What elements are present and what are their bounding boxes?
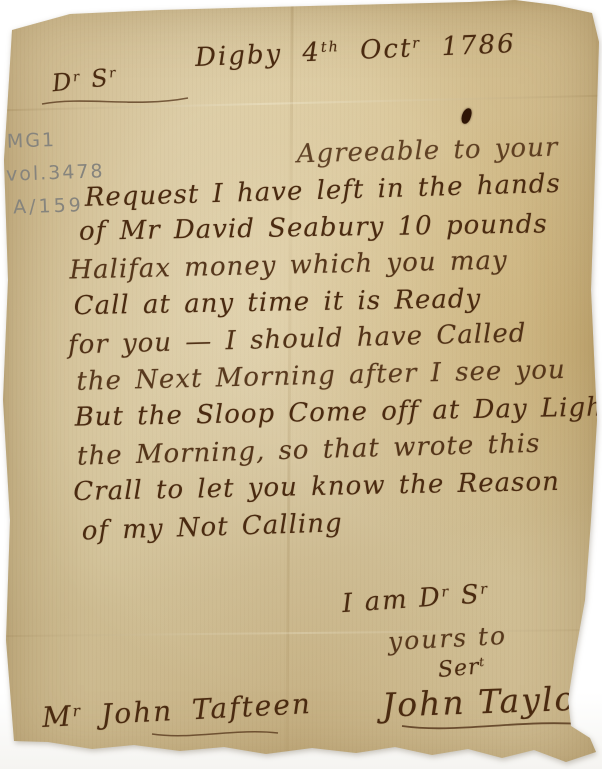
letter-photo: Digby 4th Octr 1786 Dr Sr MG1 vol.3478 A… (0, 0, 602, 769)
salutation-superscript: r (108, 66, 118, 82)
salutation: Dr Sr (51, 63, 120, 98)
dateline-superscript: th (320, 39, 340, 56)
addressee-line: Mr John Tafteen (41, 687, 312, 734)
salutation-flourish (40, 94, 190, 108)
ink-blot (460, 107, 473, 125)
letter-body: Agreeable to your Request I have left in… (62, 134, 562, 545)
closing-superscript: t (479, 655, 486, 669)
signature-flourish (398, 718, 598, 734)
closing-superscript: r (480, 581, 490, 598)
paper-shadow: Digby 4th Octr 1786 Dr Sr MG1 vol.3478 A… (0, 0, 602, 769)
closing-line-1: I am Dr Sr (341, 579, 490, 619)
horizontal-fold-crease-bottom (0, 629, 602, 637)
closing-line-2: yours to (387, 621, 507, 656)
dateline: Digby 4th Octr 1786 (194, 29, 516, 73)
manuscript-paper: Digby 4th Octr 1786 Dr Sr MG1 vol.3478 A… (0, 0, 602, 769)
closing-line-3: Sert (437, 654, 486, 683)
addressee-flourish (150, 728, 280, 740)
